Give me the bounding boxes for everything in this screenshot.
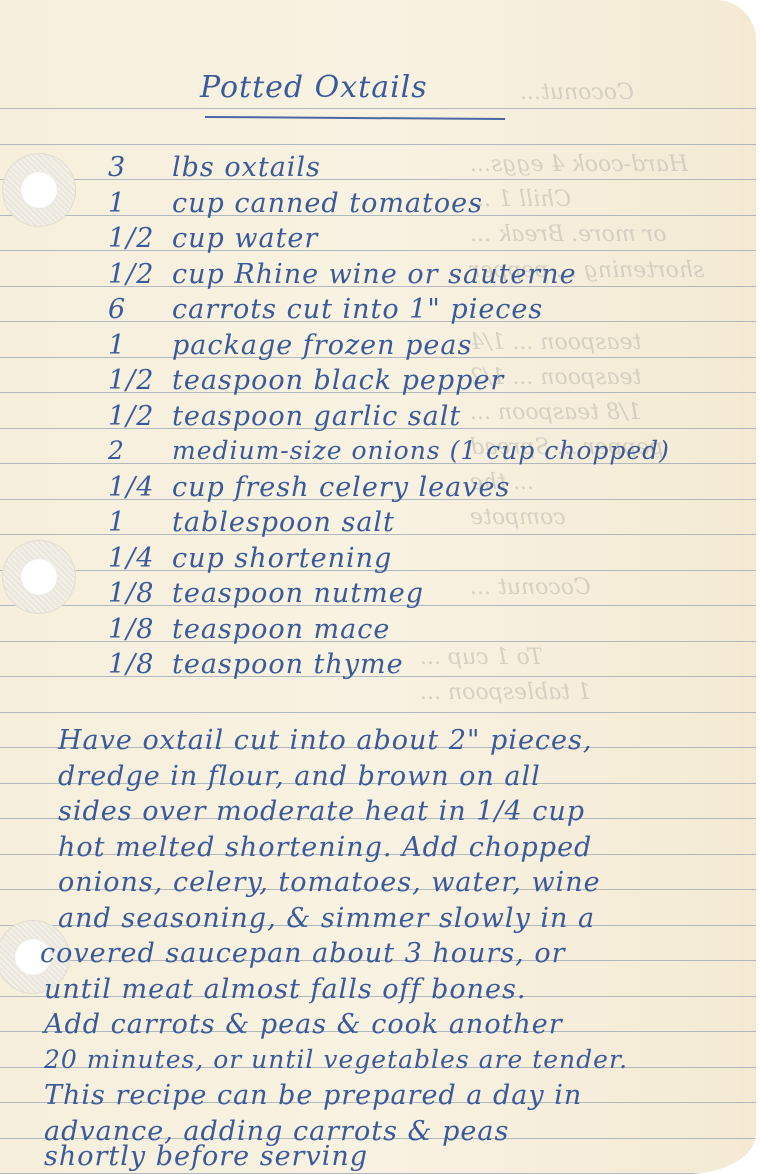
ingredient-qty: 1/8 [108, 614, 172, 645]
ingredient-qty: 1 [108, 507, 172, 538]
ingredient-item: 1/2cup Rhine wine or sauterne [108, 259, 577, 290]
direction-line: shortly before serving [44, 1141, 368, 1172]
ingredient-text: cup fresh celery leaves [172, 472, 510, 503]
direction-line: sides over moderate heat in 1/4 cup [58, 796, 585, 827]
ingredient-qty: 1/4 [108, 543, 172, 574]
direction-line: 20 minutes, or until vegetables are tend… [44, 1045, 628, 1074]
ingredient-qty: 2 [108, 436, 172, 465]
recipe-card: Coconut... Hard-cook 4 eggs... Chill 1 .… [0, 0, 756, 1174]
ingredient-text: teaspoon thyme [172, 649, 404, 680]
ingredient-item: 1/8teaspoon thyme [108, 649, 404, 680]
ingredient-text: medium-size onions (1 cup chopped) [172, 436, 670, 465]
ingredient-item: 1/8teaspoon nutmeg [108, 578, 424, 609]
direction-line: onions, celery, tomatoes, water, wine [58, 867, 601, 898]
ingredient-qty: 1/4 [108, 472, 172, 503]
bleed-through-text: Chill 1 ... [470, 187, 571, 212]
bleed-through-text: To 1 cup ... [420, 645, 543, 670]
ingredient-qty: 1/2 [108, 223, 172, 254]
direction-line: until meat almost falls off bones. [44, 974, 526, 1005]
hole-punch [20, 558, 58, 596]
ruled-line [0, 144, 756, 145]
ingredient-text: teaspoon mace [172, 614, 390, 645]
ruled-line [0, 712, 756, 713]
ingredient-item: 1/2teaspoon garlic salt [108, 401, 461, 432]
title-underline [205, 116, 505, 120]
direction-line: Have oxtail cut into about 2" pieces, [58, 725, 592, 756]
ingredient-text: lbs oxtails [172, 152, 321, 183]
ingredient-qty: 1 [108, 330, 172, 361]
ingredient-item: 1tablespoon salt [108, 507, 395, 538]
bleed-through-text: 1/8 teaspoon ... [470, 400, 641, 425]
bleed-through-text: Coconut ... [470, 575, 591, 600]
ingredient-item: 1/8teaspoon mace [108, 614, 390, 645]
ingredient-qty: 1 [108, 188, 172, 219]
ingredient-text: cup canned tomatoes [172, 188, 483, 219]
ingredient-item: 1/2cup water [108, 223, 318, 254]
bleed-through-text: compote [470, 505, 566, 530]
recipe-title: Potted Oxtails [200, 70, 428, 105]
ingredient-item: 6carrots cut into 1" pieces [108, 294, 543, 325]
ingredient-text: package frozen peas [172, 330, 472, 361]
ruled-line [0, 108, 756, 109]
ingredient-qty: 6 [108, 294, 172, 325]
ingredient-item: 1/4cup fresh celery leaves [108, 472, 510, 503]
ingredient-qty: 1/8 [108, 649, 172, 680]
direction-line: Add carrots & peas & cook another [44, 1009, 563, 1040]
ingredient-text: carrots cut into 1" pieces [172, 294, 543, 325]
ingredient-qty: 1/2 [108, 365, 172, 396]
ingredient-qty: 1/8 [108, 578, 172, 609]
bleed-through-text: teaspoon ... 1/4 [470, 330, 641, 355]
ingredient-text: teaspoon black pepper [172, 365, 504, 396]
binder-hole [2, 540, 76, 614]
binder-hole [2, 153, 76, 227]
bleed-through-text: or more. Break ... [470, 222, 667, 247]
ingredient-qty: 3 [108, 152, 172, 183]
ingredient-text: cup Rhine wine or sauterne [172, 259, 577, 290]
ingredient-text: tablespoon salt [172, 507, 395, 538]
ingredient-qty: 1/2 [108, 401, 172, 432]
direction-line: hot melted shortening. Add chopped [58, 832, 592, 863]
bleed-through-text: Coconut... [520, 80, 634, 105]
ingredient-text: teaspoon garlic salt [172, 401, 461, 432]
ingredient-item: 1cup canned tomatoes [108, 188, 483, 219]
bleed-through-text: 1 tablespoon ... [420, 680, 591, 705]
ingredient-item: 2medium-size onions (1 cup chopped) [108, 436, 670, 465]
ingredient-text: cup water [172, 223, 318, 254]
direction-line: This recipe can be prepared a day in [44, 1080, 582, 1111]
ingredient-item: 3lbs oxtails [108, 152, 321, 183]
hole-punch [20, 171, 58, 209]
bleed-through-text: Hard-cook 4 eggs... [470, 152, 688, 177]
direction-line: covered saucepan about 3 hours, or [40, 938, 566, 969]
ingredient-text: teaspoon nutmeg [172, 578, 424, 609]
ingredient-item: 1/4cup shortening [108, 543, 392, 574]
ingredient-text: cup shortening [172, 543, 392, 574]
direction-line: dredge in flour, and brown on all [58, 761, 541, 792]
ingredient-item: 1/2teaspoon black pepper [108, 365, 504, 396]
ingredient-qty: 1/2 [108, 259, 172, 290]
ingredient-item: 1package frozen peas [108, 330, 472, 361]
direction-line: and seasoning, & simmer slowly in a [58, 903, 595, 934]
